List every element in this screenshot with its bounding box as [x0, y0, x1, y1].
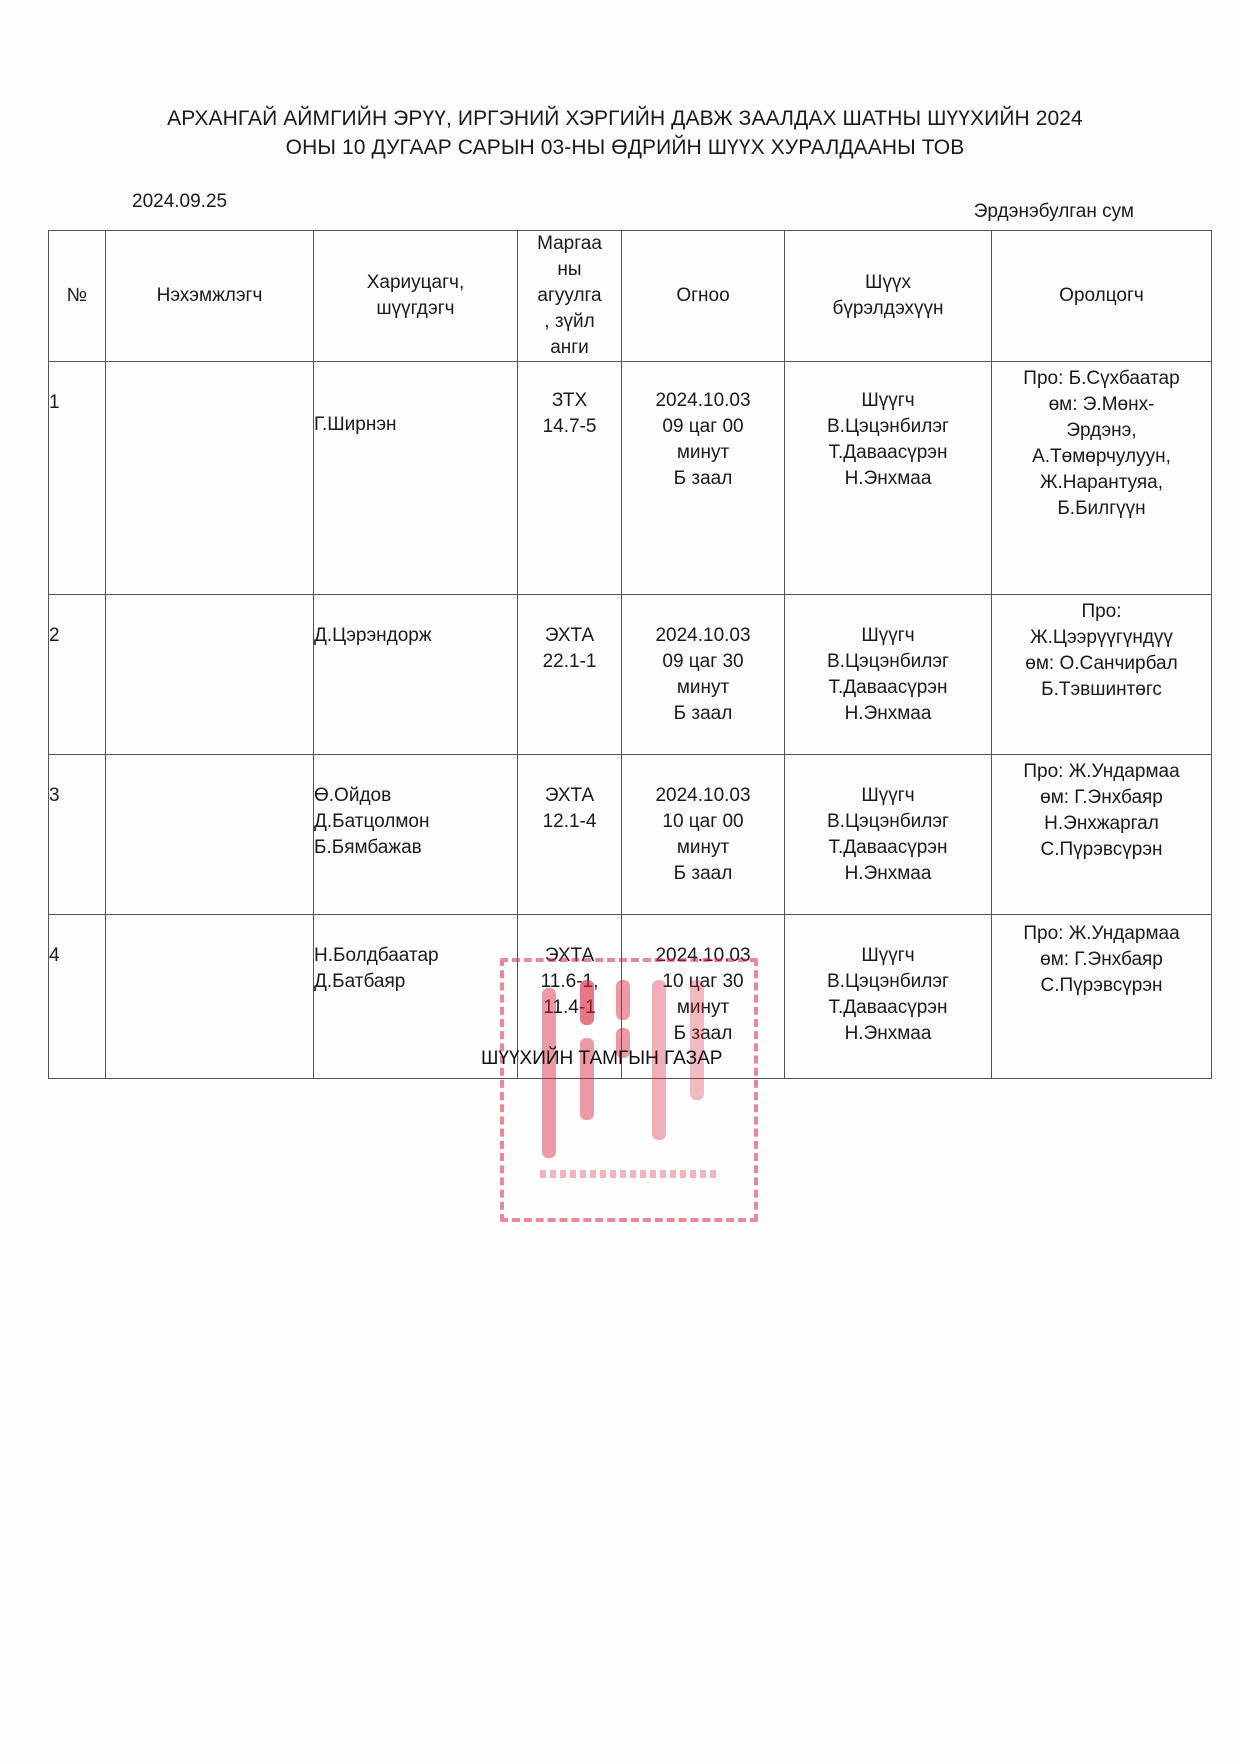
table-row: 2Д.ЦэрэндоржЭХТА22.1-12024.10.0309 цаг 3…: [49, 595, 1212, 755]
cell-line: 22.1-1: [518, 649, 621, 675]
cell-line: Эрдэнэ,: [992, 418, 1211, 444]
cell-date: 2024.10.0309 цаг 00минутБ заал: [622, 362, 785, 595]
cell-line: Б заал: [622, 466, 784, 492]
cell-line: Шүүгч: [785, 388, 991, 414]
cell-case-content: ЭХТА22.1-1: [518, 595, 622, 755]
stamp-script-column: [616, 980, 630, 1020]
cell-line: Хариуцагч,: [314, 270, 517, 296]
cell-line: бүрэлдэхүүн: [785, 296, 991, 322]
cell-line: 14.7-5: [518, 414, 621, 440]
cell-line: Ж.Нарантуяа,: [992, 470, 1211, 496]
cell-line: В.Цэцэнбилэг: [785, 649, 991, 675]
header-respondent: Хариуцагч,шүүгдэгч: [314, 231, 518, 362]
cell-line: 12.1-4: [518, 809, 621, 835]
cell-line: 2024.10.03: [622, 623, 784, 649]
cell-line: , зүйл: [518, 309, 621, 335]
cell-line: Н.Энхмаа: [785, 1021, 991, 1047]
document-date: 2024.09.25: [132, 191, 227, 213]
document-page: АРХАНГАЙ АЙМГИЙН ЭРҮҮ, ИРГЭНИЙ ХЭРГИЙН Д…: [0, 0, 1240, 1763]
cell-no: 1: [49, 362, 106, 595]
cell-line: өм: О.Санчирбал: [992, 651, 1211, 677]
cell-line: өм: Г.Энхбаяр: [992, 785, 1211, 811]
cell-date: 2024.10.0310 цаг 00минутБ заал: [622, 755, 785, 915]
header-plaintiff: Нэхэмжлэгч: [106, 231, 314, 362]
cell-date: 2024.10.0309 цаг 30минутБ заал: [622, 595, 785, 755]
cell-line: Д.Цэрэндорж: [314, 623, 517, 649]
cell-line: Н.Энхжаргал: [992, 811, 1211, 837]
stamp-script-column: [580, 980, 594, 1025]
cell-no: 4: [49, 915, 106, 1079]
cell-line: Н.Болдбаатар: [314, 943, 517, 969]
cell-line: Шүүх: [785, 270, 991, 296]
cell-line: Т.Даваасүрэн: [785, 440, 991, 466]
cell-line: В.Цэцэнбилэг: [785, 414, 991, 440]
cell-line: Про: Б.Сүхбаатар: [992, 366, 1211, 392]
signature-office: ШҮҮХИЙН ТАМГЫН ГАЗАР: [481, 1048, 722, 1070]
cell-line: 10 цаг 00: [622, 809, 784, 835]
stamp-script-column: [542, 988, 556, 1158]
cell-line: Н.Энхмаа: [785, 701, 991, 727]
cell-line: 09 цаг 00: [622, 414, 784, 440]
cell-line: ЗТХ: [518, 388, 621, 414]
cell-line: ЭХТА: [518, 623, 621, 649]
cell-respondent: Г.Ширнэн: [314, 362, 518, 595]
cell-panel: ШүүгчВ.ЦэцэнбилэгТ.ДаваасүрэнН.Энхмаа: [785, 362, 992, 595]
document-title: АРХАНГАЙ АЙМГИЙН ЭРҮҮ, ИРГЭНИЙ ХЭРГИЙН Д…: [100, 104, 1150, 162]
cell-line: Про: Ж.Ундармаа: [992, 921, 1211, 947]
cell-line: Маргаа: [518, 231, 621, 257]
table-header-row: № Нэхэмжлэгч Хариуцагч,шүүгдэгч Маргааны…: [49, 231, 1212, 362]
cell-respondent: Д.Цэрэндорж: [314, 595, 518, 755]
cell-plaintiff: [106, 915, 314, 1079]
cell-plaintiff: [106, 755, 314, 915]
cell-line: минут: [622, 440, 784, 466]
cell-participants: Про:Ж.Цээрүүгүндүүөм: О.СанчирбалБ.Тэвши…: [992, 595, 1212, 755]
header-participants: Оролцогч: [992, 231, 1212, 362]
cell-line: Ж.Цээрүүгүндүү: [992, 625, 1211, 651]
document-location: Эрдэнэбулган сум: [974, 201, 1134, 223]
cell-case-content: ЗТХ14.7-5: [518, 362, 622, 595]
cell-line: 2024.10.03: [622, 388, 784, 414]
cell-plaintiff: [106, 595, 314, 755]
header-panel: Шүүхбүрэлдэхүүн: [785, 231, 992, 362]
cell-line: В.Цэцэнбилэг: [785, 969, 991, 995]
cell-participants: Про: Ж.Ундармааөм: Г.ЭнхбаярС.Пүрэвсүрэн: [992, 915, 1212, 1079]
cell-line: ЭХТА: [518, 783, 621, 809]
cell-line: Н.Энхмаа: [785, 466, 991, 492]
cell-line: өм: Э.Мөнх-: [992, 392, 1211, 418]
cell-panel: ШүүгчВ.ЦэцэнбилэгТ.ДаваасүрэнН.Энхмаа: [785, 595, 992, 755]
cell-line: Г.Ширнэн: [314, 412, 517, 438]
cell-line: Б.Тэвшинтөгс: [992, 677, 1211, 703]
cell-line: агуулга: [518, 283, 621, 309]
stamp-script-column: [690, 980, 704, 1100]
cell-panel: ШүүгчВ.ЦэцэнбилэгТ.ДаваасүрэнН.Энхмаа: [785, 915, 992, 1079]
cell-respondent: Ө.ОйдовД.БатцолмонБ.Бямбажав: [314, 755, 518, 915]
cell-panel: ШүүгчВ.ЦэцэнбилэгТ.ДаваасүрэнН.Энхмаа: [785, 755, 992, 915]
cell-line: Ө.Ойдов: [314, 783, 517, 809]
cell-line: 09 цаг 30: [622, 649, 784, 675]
cell-line: Б заал: [622, 861, 784, 887]
table-row: 3Ө.ОйдовД.БатцолмонБ.БямбажавЭХТА12.1-42…: [49, 755, 1212, 915]
cell-line: Б.Бямбажав: [314, 835, 517, 861]
cell-line: Д.Батбаяр: [314, 969, 517, 995]
cell-line: Б заал: [622, 701, 784, 727]
cell-line: С.Пүрэвсүрэн: [992, 837, 1211, 863]
cell-participants: Про: Б.Сүхбаатарөм: Э.Мөнх-Эрдэнэ,А.Төмө…: [992, 362, 1212, 595]
cell-line: минут: [622, 835, 784, 861]
cell-plaintiff: [106, 362, 314, 595]
cell-line: Про:: [992, 599, 1211, 625]
cell-line: өм: Г.Энхбаяр: [992, 947, 1211, 973]
cell-line: анги: [518, 335, 621, 361]
cell-line: Н.Энхмаа: [785, 861, 991, 887]
official-stamp: [500, 958, 756, 1220]
header-no: №: [49, 231, 106, 362]
cell-line: Т.Даваасүрэн: [785, 675, 991, 701]
cell-no: 3: [49, 755, 106, 915]
cell-participants: Про: Ж.Ундармааөм: Г.ЭнхбаярН.ЭнхжаргалС…: [992, 755, 1212, 915]
title-line-2: ОНЫ 10 ДУГААР САРЫН 03-НЫ ӨДРИЙН ШҮҮХ ХУ…: [100, 133, 1150, 162]
cell-no: 2: [49, 595, 106, 755]
cell-line: Б.Билгүүн: [992, 496, 1211, 522]
cell-line: ны: [518, 257, 621, 283]
cell-line: шүүгдэгч: [314, 296, 517, 322]
cell-line: Шүүгч: [785, 783, 991, 809]
cell-line: 2024.10.03: [622, 783, 784, 809]
stamp-bottom-text: [540, 1170, 720, 1178]
cell-case-content: ЭХТА12.1-4: [518, 755, 622, 915]
cell-line: Шүүгч: [785, 943, 991, 969]
cell-line: Про: Ж.Ундармаа: [992, 759, 1211, 785]
cell-line: С.Пүрэвсүрэн: [992, 973, 1211, 999]
cell-line: Т.Даваасүрэн: [785, 835, 991, 861]
table-row: 1Г.ШирнэнЗТХ14.7-52024.10.0309 цаг 00мин…: [49, 362, 1212, 595]
cell-line: А.Төмөрчулуун,: [992, 444, 1211, 470]
header-date: Огноо: [622, 231, 785, 362]
cell-line: Д.Батцолмон: [314, 809, 517, 835]
cell-line: В.Цэцэнбилэг: [785, 809, 991, 835]
cell-line: минут: [622, 675, 784, 701]
cell-line: Шүүгч: [785, 623, 991, 649]
cell-line: Т.Даваасүрэн: [785, 995, 991, 1021]
header-case-content: Маргааныагуулга, зүйланги: [518, 231, 622, 362]
hearing-schedule-table: № Нэхэмжлэгч Хариуцагч,шүүгдэгч Маргааны…: [48, 230, 1212, 1079]
title-line-1: АРХАНГАЙ АЙМГИЙН ЭРҮҮ, ИРГЭНИЙ ХЭРГИЙН Д…: [100, 104, 1150, 133]
